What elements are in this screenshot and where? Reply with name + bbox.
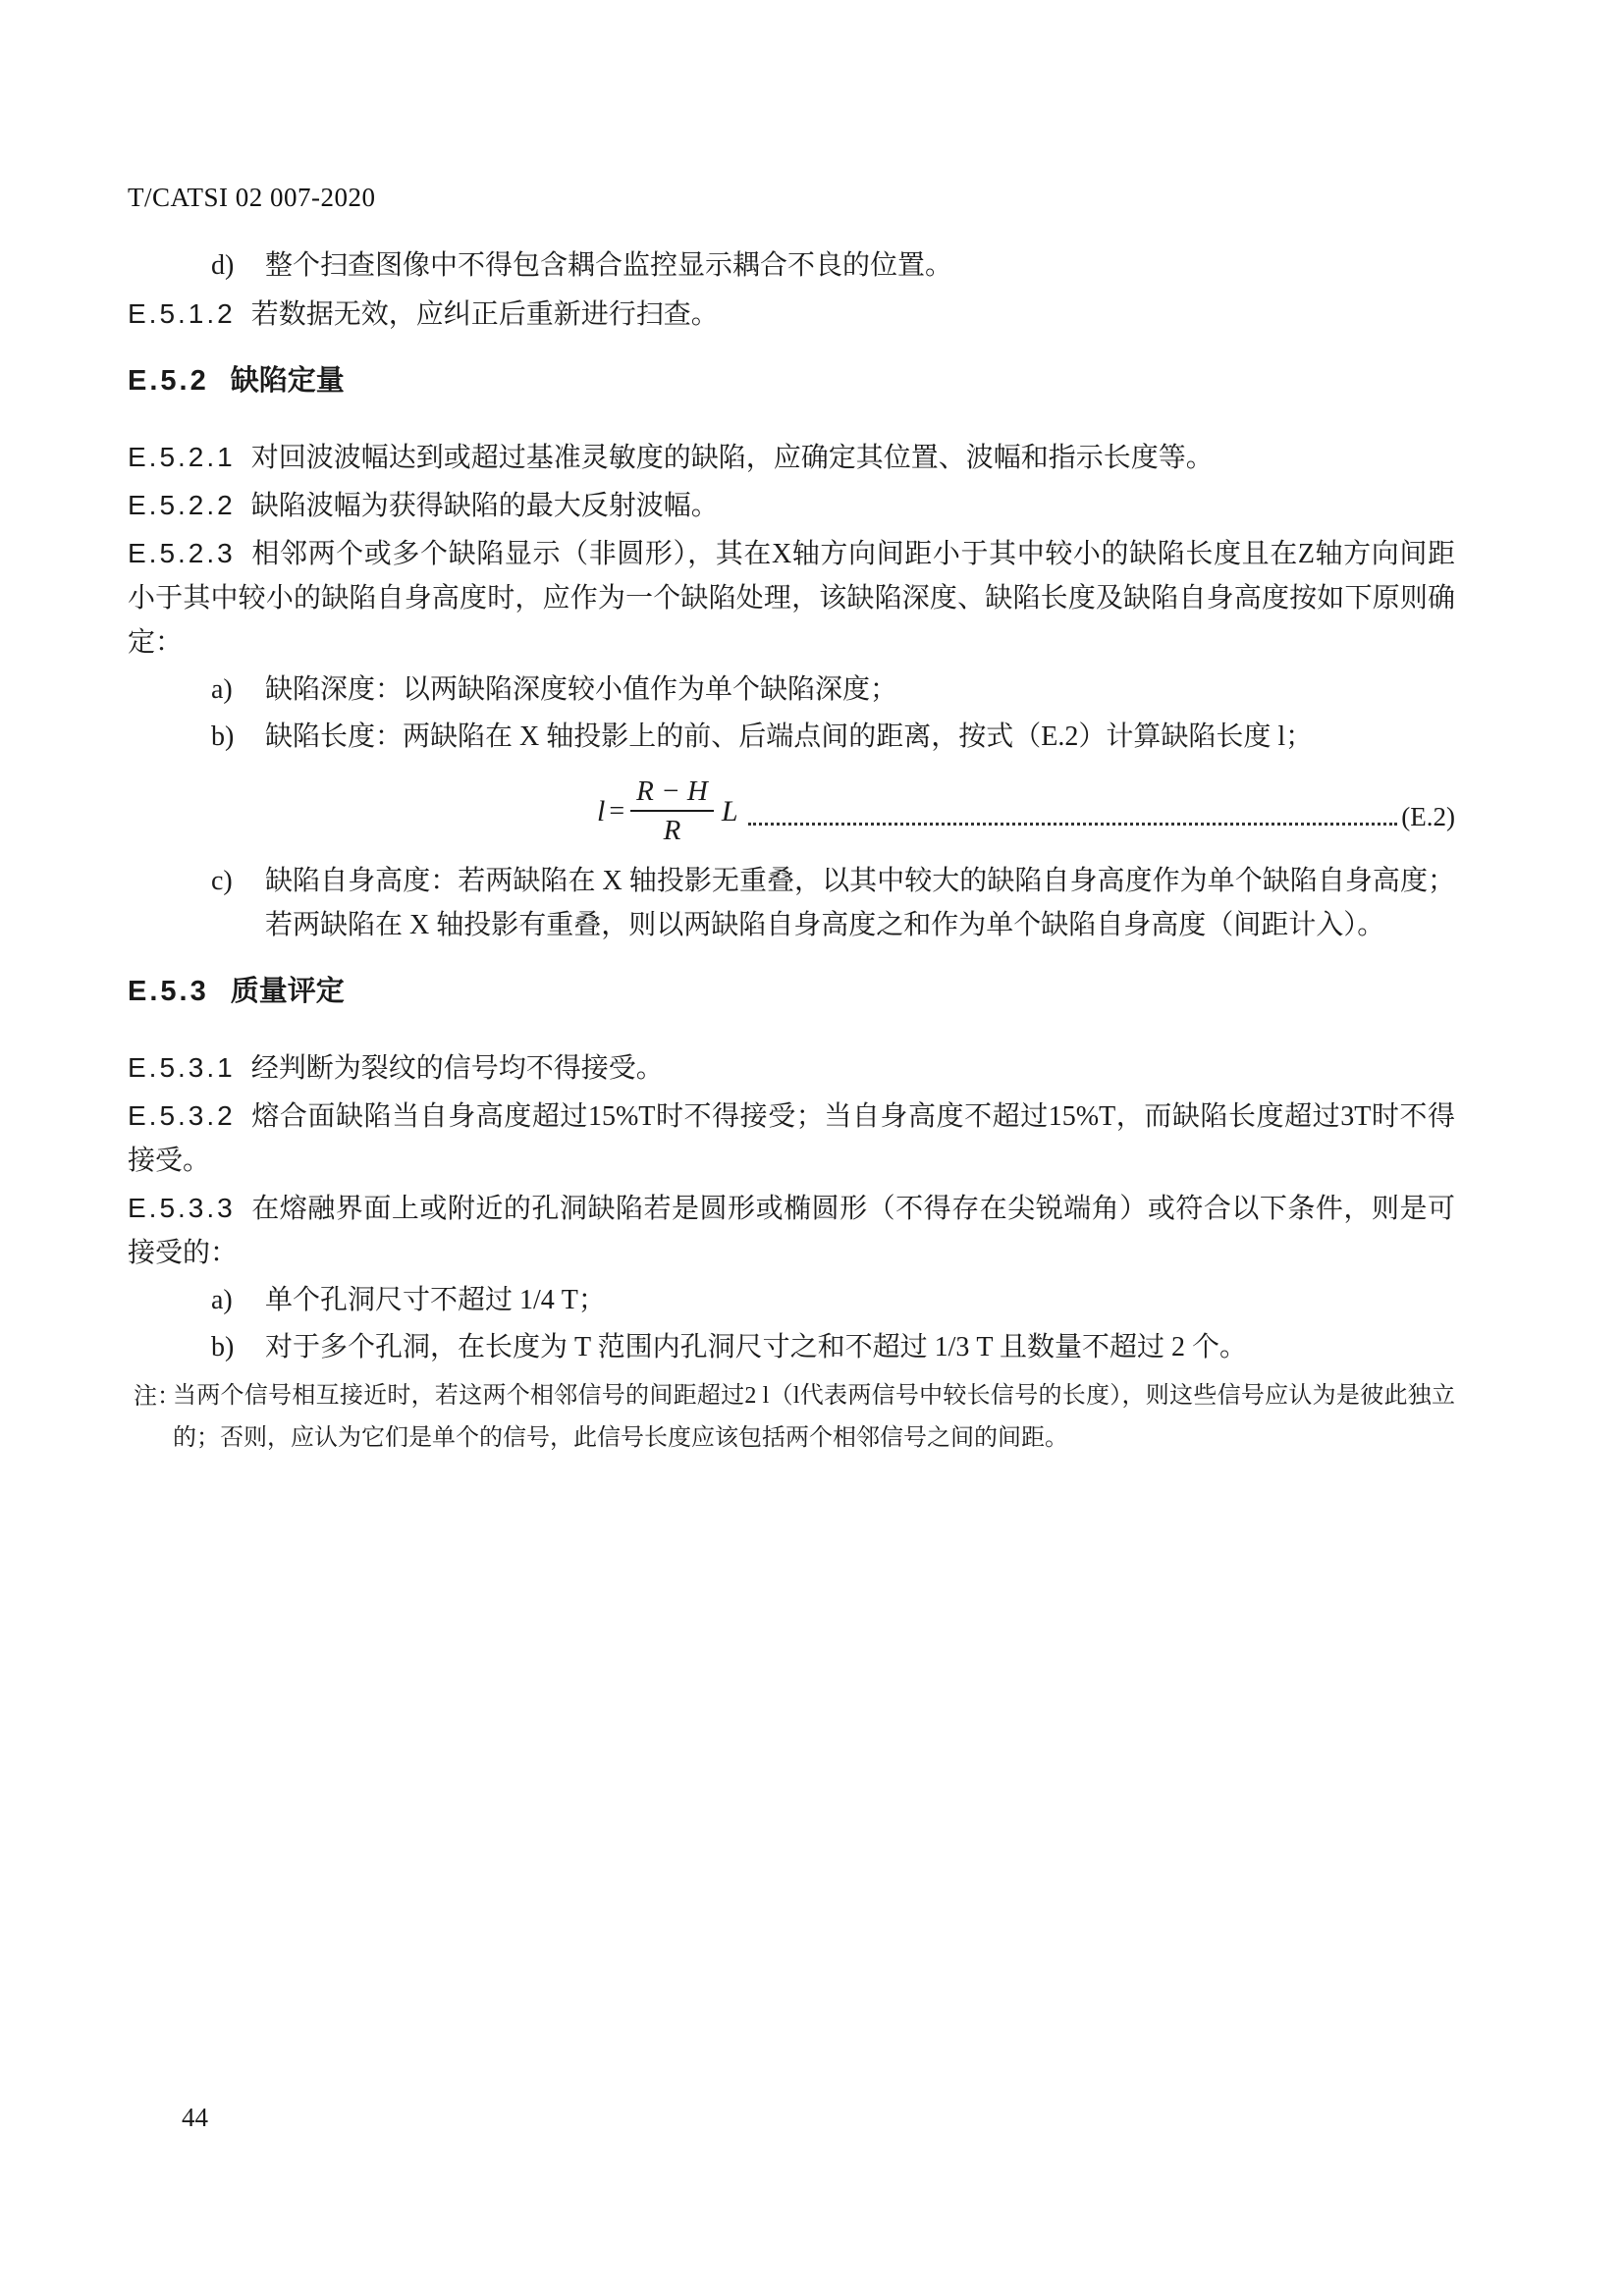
list-item-label: b) <box>211 1325 234 1369</box>
equation-dot-leader <box>748 823 1398 826</box>
equation-number: (E.2) <box>1401 795 1455 839</box>
clause-number: E.5.2.2 <box>128 490 236 520</box>
list-item-text: 缺陷自身高度：若两缺陷在 X 轴投影无重叠，以其中较大的缺陷自身高度作为单个缺陷… <box>265 866 1455 940</box>
page-content: d) 整个扫查图像中不得包含耦合监控显示耦合不良的位置。 E.5.1.2若数据无… <box>128 243 1455 1460</box>
list-item-d: d) 整个扫查图像中不得包含耦合监控显示耦合不良的位置。 <box>128 243 1455 288</box>
list-item-a2: a) 单个孔洞尺寸不超过 1/4 T； <box>128 1278 1455 1322</box>
note-label: 注： <box>134 1375 181 1417</box>
page-number: 44 <box>182 2103 208 2133</box>
equation-e2: l = R − H R L (E.2) <box>128 773 1455 849</box>
clause-e532: E.5.3.2熔合面缺陷当自身高度超过15%T时不得接受；当自身高度不超过15%… <box>128 1094 1455 1183</box>
list-item-label: d) <box>211 243 234 288</box>
clause-text: 缺陷波幅为获得缺陷的最大反射波幅。 <box>251 491 719 521</box>
list-item-text: 对于多个孔洞，在长度为 T 范围内孔洞尺寸之和不超过 1/3 T 且数量不超过 … <box>265 1332 1247 1362</box>
clause-e522: E.5.2.2缺陷波幅为获得缺陷的最大反射波幅。 <box>128 483 1455 528</box>
clause-text: 对回波波幅达到或超过基准灵敏度的缺陷，应确定其位置、波幅和指示长度等。 <box>251 443 1214 473</box>
list-item-text: 整个扫查图像中不得包含耦合监控显示耦合不良的位置。 <box>265 250 952 281</box>
clause-text: 经判断为裂纹的信号均不得接受。 <box>251 1053 664 1084</box>
clause-number: E.5.3.3 <box>128 1193 236 1223</box>
clause-text: 在熔融界面上或附近的孔洞缺陷若是圆形或椭圆形（不得存在尖锐端角）或符合以下条件，… <box>128 1194 1455 1268</box>
clause-e531: E.5.3.1经判断为裂纹的信号均不得接受。 <box>128 1045 1455 1091</box>
clause-text: 相邻两个或多个缺陷显示（非圆形），其在X轴方向间距小于其中较小的缺陷长度且在Z轴… <box>128 539 1455 658</box>
clause-text: 熔合面缺陷当自身高度超过15%T时不得接受；当自身高度不超过15%T，而缺陷长度… <box>128 1101 1455 1176</box>
list-item-b2: b) 对于多个孔洞，在长度为 T 范围内孔洞尺寸之和不超过 1/3 T 且数量不… <box>128 1325 1455 1369</box>
heading-number: E.5.3 <box>128 976 209 1007</box>
clause-number: E.5.2.3 <box>128 538 236 568</box>
heading-e53: E.5.3质量评定 <box>128 970 1455 1014</box>
clause-e521: E.5.2.1对回波波幅达到或超过基准灵敏度的缺陷，应确定其位置、波幅和指示长度… <box>128 435 1455 480</box>
clause-number: E.5.3.2 <box>128 1100 236 1131</box>
fraction-denominator: R <box>664 812 681 847</box>
clause-e523: E.5.2.3相邻两个或多个缺陷显示（非圆形），其在X轴方向间距小于其中较小的缺… <box>128 531 1455 665</box>
clause-number: E.5.1.2 <box>128 298 236 329</box>
note-text: 当两个信号相互接近时，若这两个相邻信号的间距超过2 l（l代表两信号中较长信号的… <box>173 1383 1455 1451</box>
heading-number: E.5.2 <box>128 365 209 397</box>
clause-number: E.5.3.1 <box>128 1052 236 1083</box>
equation-equals-sign: = <box>609 789 624 833</box>
equation-fraction: R − H R <box>630 774 714 847</box>
list-item-a1: a) 缺陷深度：以两缺陷深度较小值作为单个缺陷深度； <box>128 667 1455 712</box>
equation-lhs-variable: l <box>597 789 605 833</box>
list-item-text: 单个孔洞尺寸不超过 1/4 T； <box>265 1285 606 1315</box>
heading-title: 缺陷定量 <box>231 365 345 397</box>
document-page: T/CATSI 02 007-2020 d) 整个扫查图像中不得包含耦合监控显示… <box>0 0 1624 2296</box>
heading-e52: E.5.2缺陷定量 <box>128 359 1455 403</box>
list-item-text: 缺陷深度：以两缺陷深度较小值作为单个缺陷深度； <box>265 674 897 705</box>
list-item-label: a) <box>211 1278 233 1322</box>
fraction-numerator: R − H <box>630 774 714 812</box>
list-item-label: a) <box>211 667 233 712</box>
clause-e533: E.5.3.3在熔融界面上或附近的孔洞缺陷若是圆形或椭圆形（不得存在尖锐端角）或… <box>128 1186 1455 1275</box>
list-item-text: 缺陷长度：两缺陷在 X 轴投影上的前、后端点间的距离，按式（E.2）计算缺陷长度… <box>265 721 1313 752</box>
heading-title: 质量评定 <box>231 976 345 1007</box>
list-item-b1: b) 缺陷长度：两缺陷在 X 轴投影上的前、后端点间的距离，按式（E.2）计算缺… <box>128 715 1455 759</box>
doc-number-header: T/CATSI 02 007-2020 <box>128 183 376 213</box>
clause-text: 若数据无效，应纠正后重新进行扫查。 <box>251 299 719 330</box>
clause-e512: E.5.1.2若数据无效，应纠正后重新进行扫查。 <box>128 292 1455 337</box>
list-item-c1: c) 缺陷自身高度：若两缺陷在 X 轴投影无重叠，以其中较大的缺陷自身高度作为单… <box>128 859 1455 947</box>
list-item-label: b) <box>211 715 234 759</box>
equation-factor: L <box>722 789 738 833</box>
clause-number: E.5.2.1 <box>128 442 236 472</box>
list-item-label: c) <box>211 859 233 903</box>
note-block: 注： 当两个信号相互接近时，若这两个相邻信号的间距超过2 l（l代表两信号中较长… <box>128 1375 1455 1460</box>
